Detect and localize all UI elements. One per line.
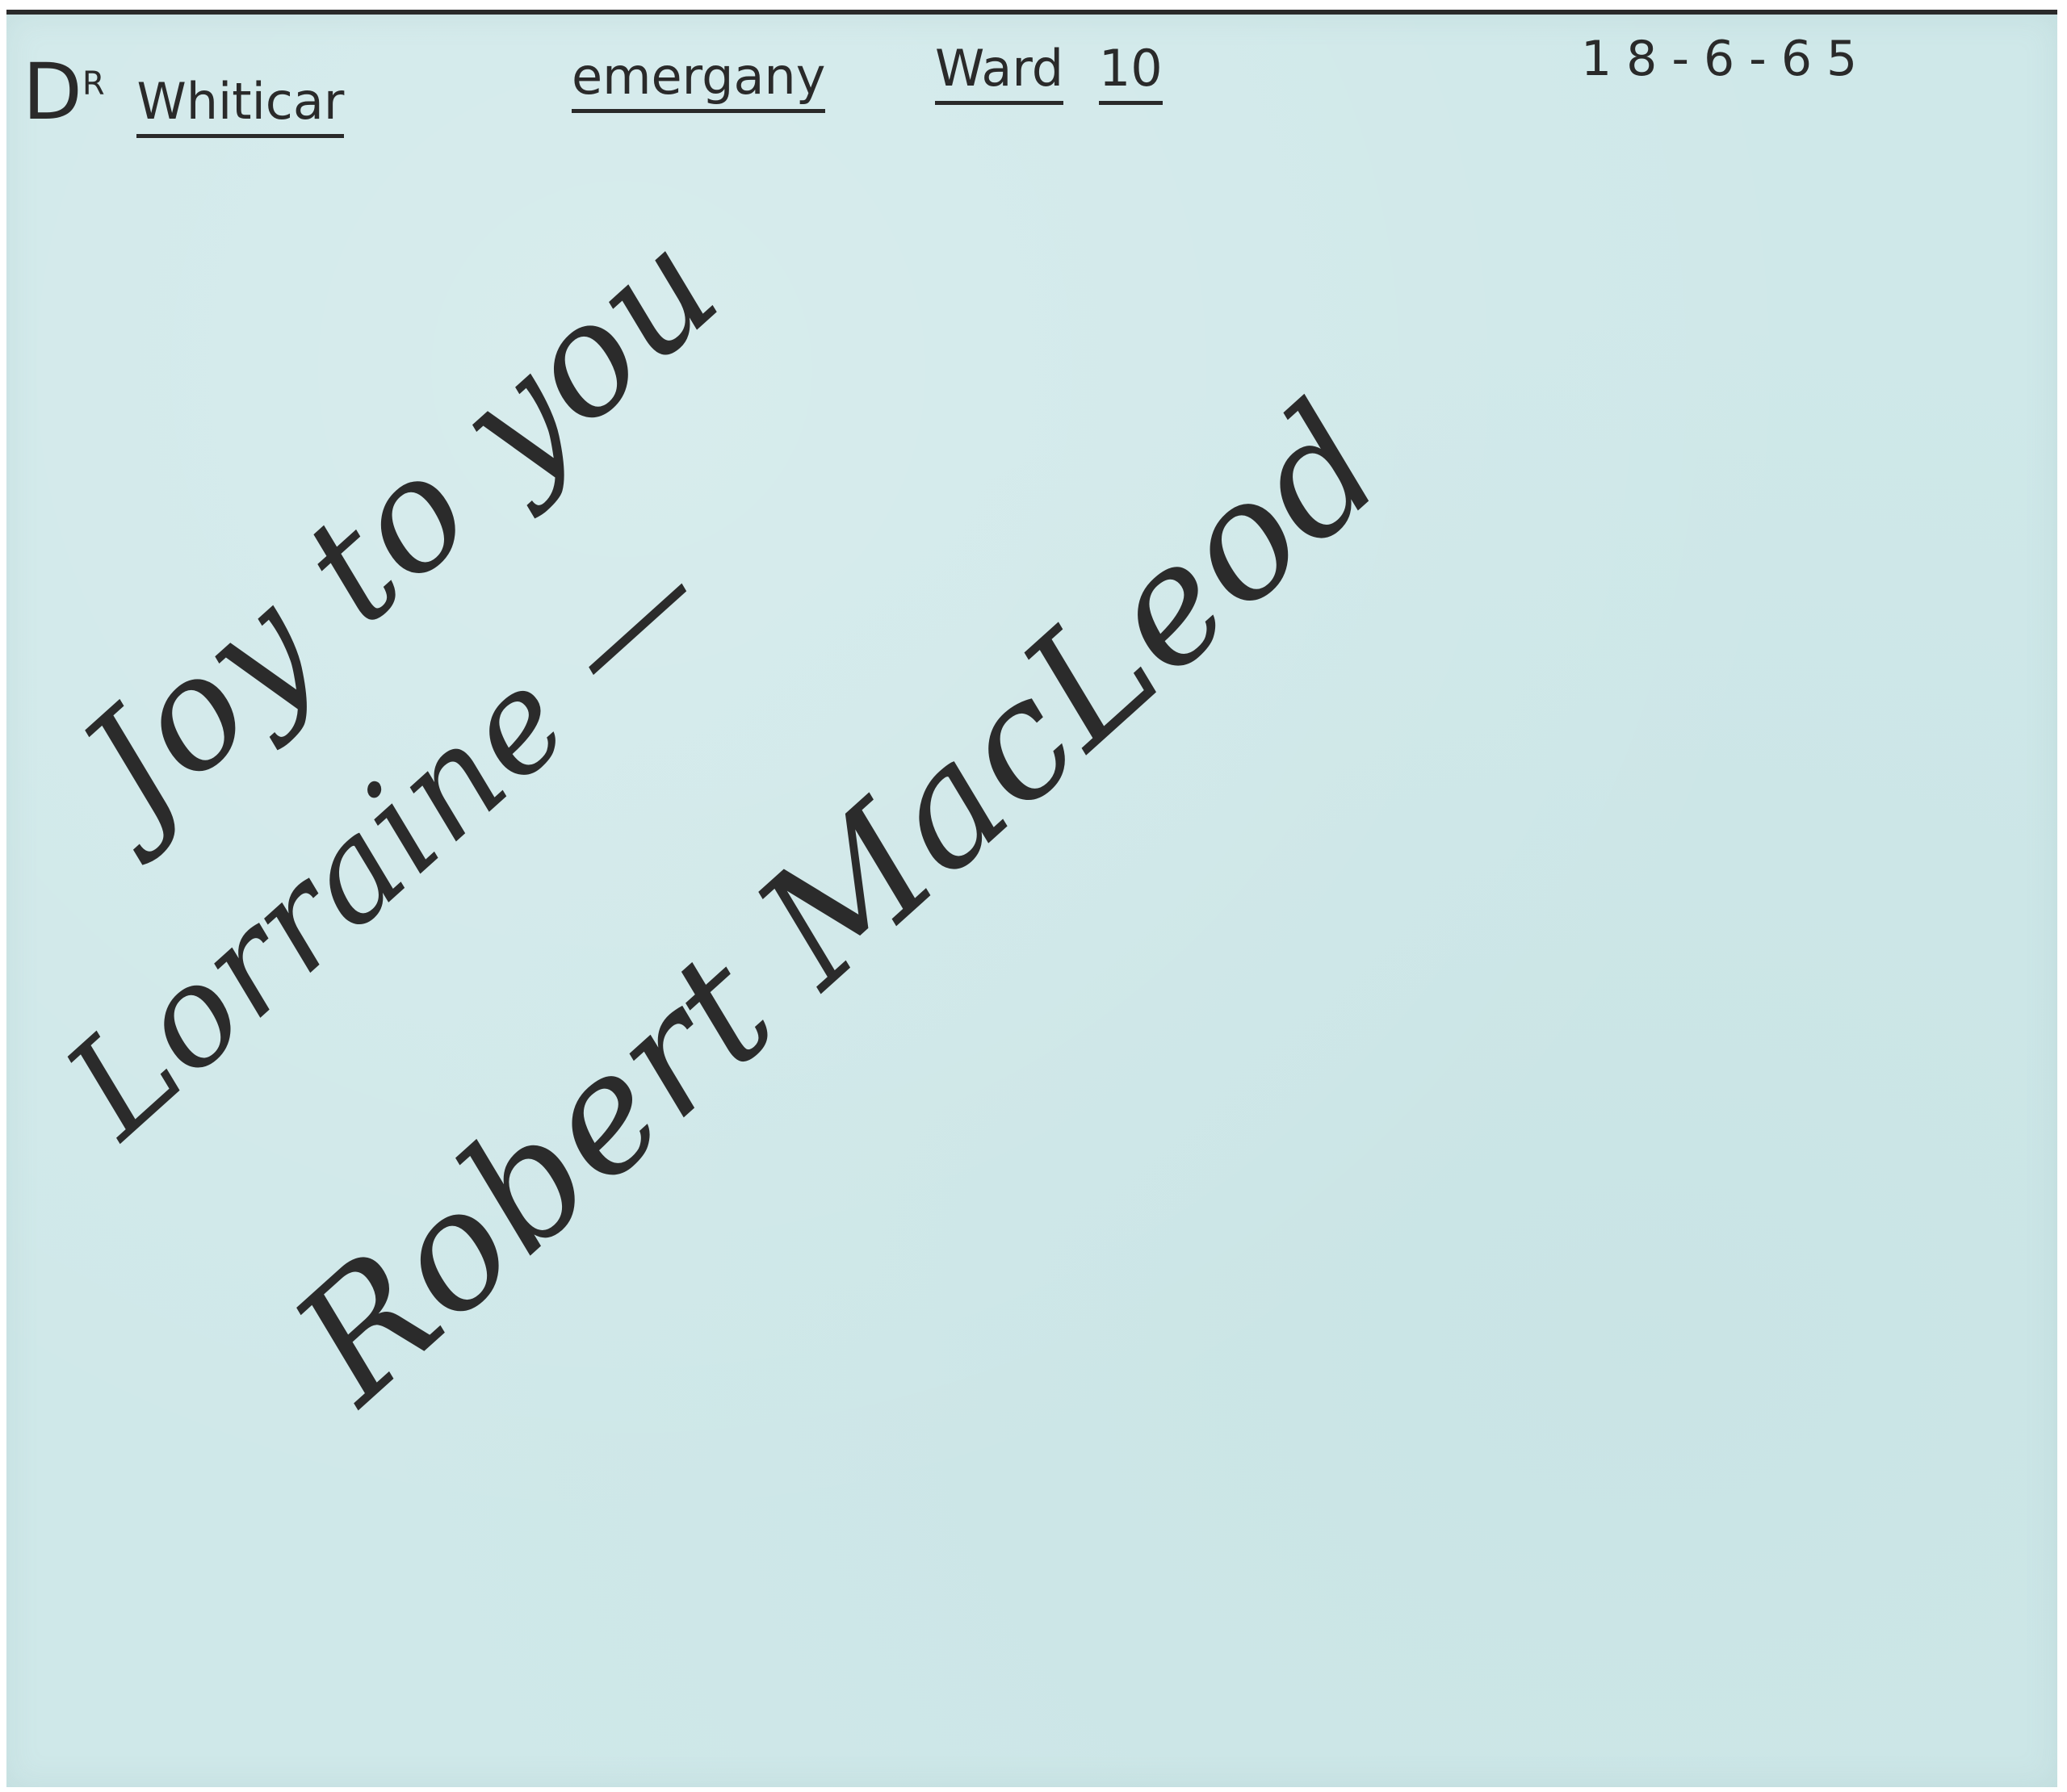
department: emergany — [572, 47, 825, 113]
date: 18-6-65 — [1581, 31, 1872, 87]
header-doctor: DR Whiticar — [23, 47, 344, 137]
doctor-name: Whiticar — [136, 72, 344, 138]
title-superscript: R — [82, 65, 105, 103]
header-ward: Ward 10 — [935, 39, 1163, 98]
ward-label: Ward — [935, 39, 1063, 105]
album-page: DR Whiticar emergany Ward 10 18-6-65 Joy… — [6, 10, 2057, 1787]
header-department: emergany — [572, 47, 825, 106]
ward-number: 10 — [1099, 39, 1163, 105]
title-prefix: D — [23, 47, 82, 137]
